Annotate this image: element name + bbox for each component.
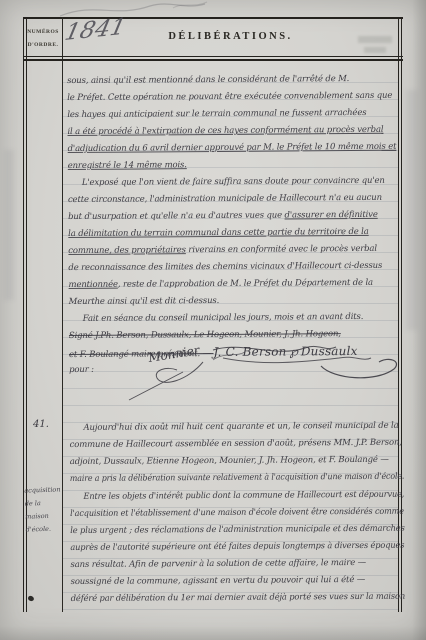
manuscript-text: commune de Haillecourt assemblée en sess… — [70, 437, 402, 449]
manuscript-text: Aujourd'hui dix août mil huit cent quara… — [83, 420, 398, 432]
manuscript-text: les hayes qui anticipaient sur le terrai… — [67, 108, 366, 120]
manuscript-text: l'acquisition et l'établissement d'une m… — [70, 507, 404, 519]
manuscript-text: cette circonstance, l'administration mun… — [68, 193, 382, 205]
manuscript-line: maire a pris la délibération suivante re… — [70, 469, 381, 488]
manuscript-text: Fait en séance du conseil municipal les … — [83, 312, 364, 324]
scan-edge-shadow — [412, 0, 426, 640]
manuscript-text: mentionnée — [68, 280, 117, 290]
manuscript-line: commune de Haillecourt assemblée en sess… — [70, 434, 404, 453]
manuscript-text: il a été procédé à l'extirpation de ces … — [67, 125, 383, 137]
order-column-header-line2: D'ORDRE. — [24, 39, 62, 52]
manuscript-text: auprès de l'autorité supérieure ont été … — [70, 541, 404, 553]
manuscript-text: but d'usurpation et qu'elle n'a eu d'aut… — [68, 210, 285, 222]
frame-left-border — [23, 17, 24, 612]
manuscript-text: Meurthe ainsi qu'il est dit ci-dessus. — [69, 296, 220, 307]
manuscript-text: soussigné de la commune, agissant en ver… — [71, 575, 366, 587]
manuscript-text: d'assurer en définitive — [284, 210, 377, 221]
manuscript-line: mentionnée, reste de l'approbation de M.… — [68, 275, 402, 294]
register-page: NUMÉROS D'ORDRE. DÉLIBÉRATIONS. 1841 sou… — [0, 0, 426, 640]
manuscript-text: de reconnaissance des limites des chemin… — [68, 261, 382, 273]
faded-stamp — [354, 34, 398, 58]
manuscript-text: riverains en conformité avec le procès v… — [186, 244, 377, 255]
manuscript-text: commune, des propriétaires — [68, 245, 186, 256]
margin-note: acquisition de la maison d'école. — [24, 483, 64, 536]
manuscript-text: L'exposé que l'on vient de faire suffira… — [82, 176, 385, 188]
entry-number: 41. — [33, 419, 49, 430]
manuscript-text: adjoint, Dussaulx, Etienne Hogeon, Mouni… — [70, 455, 389, 467]
manuscript-text: maire a pris la délibération suivante re… — [70, 471, 404, 483]
manuscript-text: déféré par délibération du 1er mai derni… — [71, 592, 405, 604]
header-separator-thick — [23, 59, 403, 61]
manuscript-line: Aujourd'hui dix août mil huit cent quara… — [69, 417, 403, 436]
header-separator-thin — [23, 56, 403, 57]
manuscript-line: d'adjudication du 6 avril dernier approu… — [68, 139, 402, 158]
bleed-through-ghost — [4, 150, 14, 300]
manuscript-text: sans résultat. Afin de parvenir à la sol… — [70, 558, 366, 570]
faded-stamp-line1 — [358, 36, 392, 43]
scan-bottom-shadow — [0, 626, 426, 640]
manuscript-text: enregistré le 14 même mois. — [68, 160, 187, 171]
order-column-header-line1: NUMÉROS — [24, 26, 62, 39]
signature-flourishes — [63, 328, 403, 412]
margin-note-line: de la — [25, 496, 63, 510]
manuscript-line: Fait en séance du conseil municipal les … — [69, 309, 403, 328]
order-column-header: NUMÉROS D'ORDRE. — [24, 26, 62, 52]
margin-ink-mark — [27, 595, 34, 602]
manuscript-text: , reste de l'approbation de M. le Préfet… — [118, 278, 373, 290]
manuscript-text: le Préfet. Cette opération ne pouvant êt… — [67, 91, 392, 103]
manuscript-text: d'adjudication du 6 avril dernier approu… — [68, 142, 397, 154]
manuscript-line: auprès de l'autorité supérieure ont été … — [70, 538, 393, 557]
manuscript-text: le plus urgent ; des réclamations de l'a… — [70, 524, 405, 536]
manuscript-line: déféré par délibération du 1er mai derni… — [71, 589, 398, 608]
manuscript-text: Entre les objets d'intérêt public dont l… — [83, 490, 404, 502]
manuscript-text: la délimitation du terrain communal dans… — [68, 227, 369, 239]
margin-note-line: d'école. — [25, 522, 63, 536]
manuscript-text: sous, ainsi qu'il est mentionné dans le … — [67, 74, 349, 86]
faded-stamp-line2 — [364, 47, 386, 53]
margin-note-line: acquisition — [24, 483, 62, 497]
